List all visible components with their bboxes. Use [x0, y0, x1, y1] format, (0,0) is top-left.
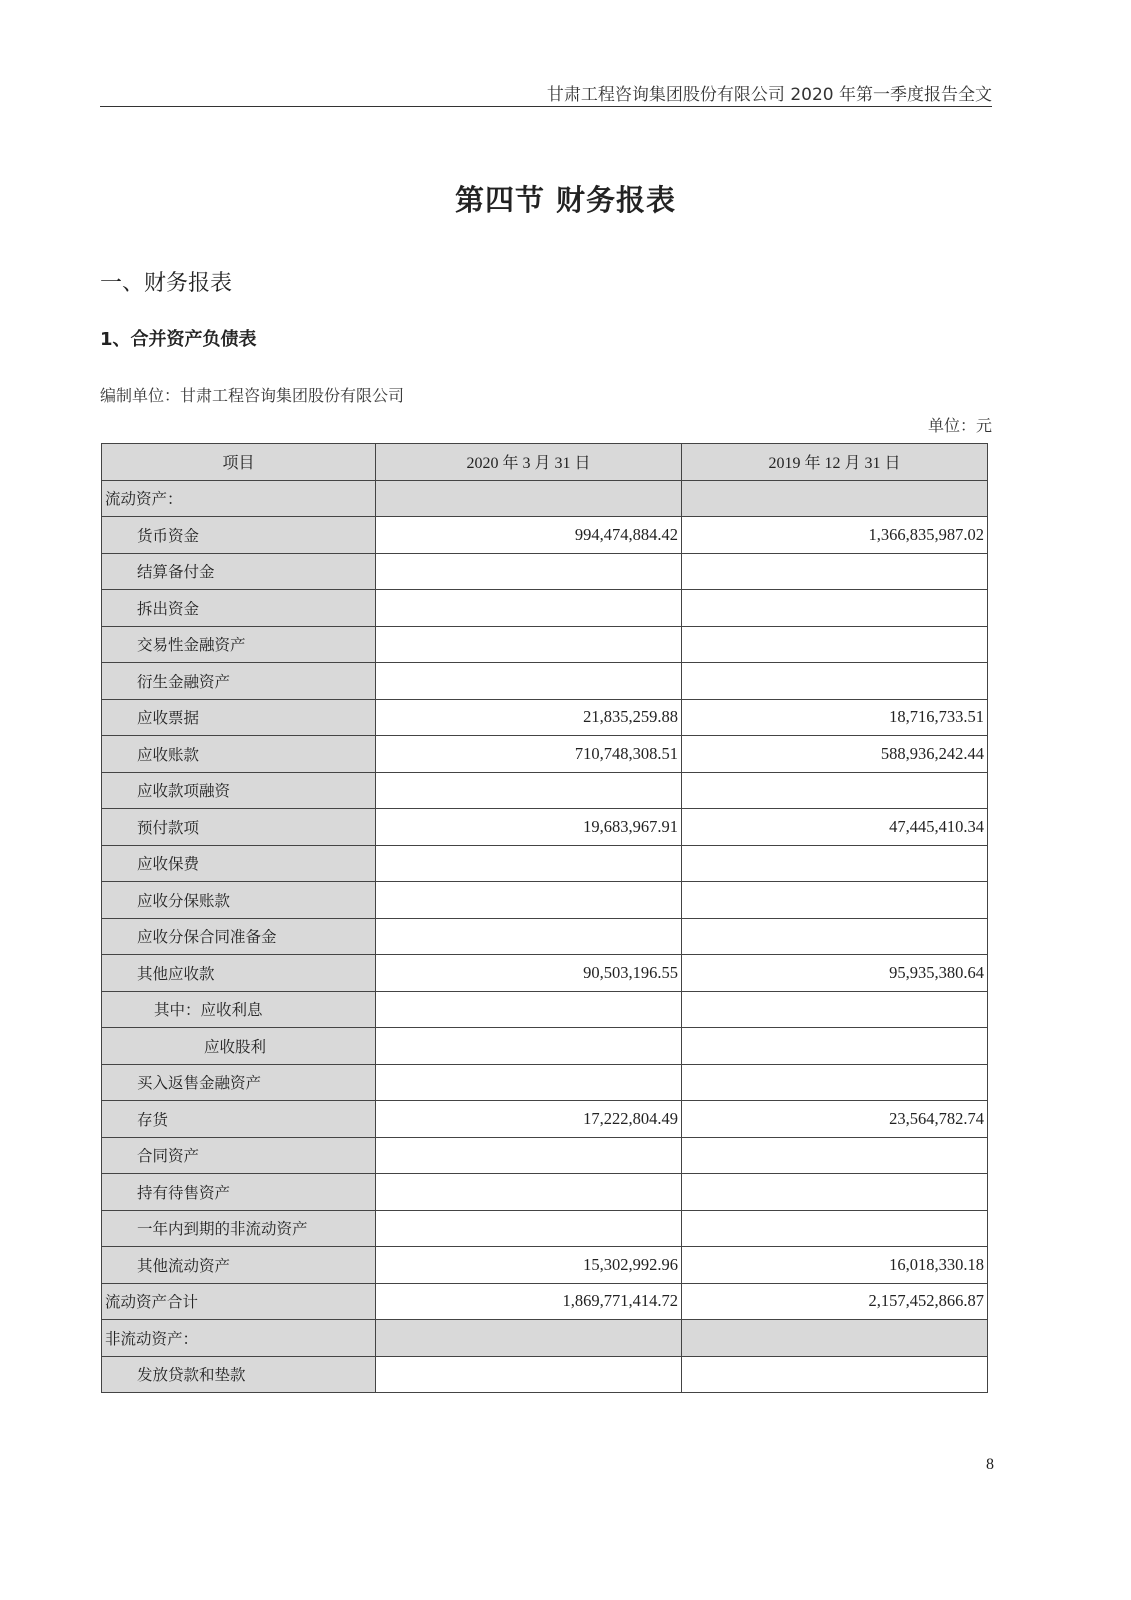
value-2019-12-31: [682, 772, 988, 809]
row-label: 其他流动资产: [102, 1247, 376, 1284]
row-label: 应收分保合同准备金: [102, 918, 376, 955]
table-row: 其他流动资产15,302,992.9616,018,330.18: [102, 1247, 988, 1284]
value-2019-12-31: 588,936,242.44: [682, 736, 988, 773]
table-row: 拆出资金: [102, 590, 988, 627]
balance-sheet-body: 流动资产：货币资金994,474,884.421,366,835,987.02结…: [102, 480, 988, 1393]
page-number: 8: [986, 1456, 994, 1474]
column-header-2019-12-31: 2019 年 12 月 31 日: [682, 444, 988, 481]
value-2019-12-31: 1,366,835,987.02: [682, 517, 988, 554]
row-label: 应收账款: [102, 736, 376, 773]
value-2019-12-31: [682, 845, 988, 882]
currency-unit: 单位：元: [928, 413, 992, 436]
row-label: 流动资产：: [102, 480, 376, 517]
value-2019-12-31: [682, 1137, 988, 1174]
value-2020-03-31: 19,683,967.91: [376, 809, 682, 846]
value-2020-03-31: [376, 882, 682, 919]
value-2020-03-31: [376, 772, 682, 809]
table-row: 合同资产: [102, 1137, 988, 1174]
value-2020-03-31: [376, 1210, 682, 1247]
value-2020-03-31: [376, 663, 682, 700]
column-header-2020-03-31: 2020 年 3 月 31 日: [376, 444, 682, 481]
value-2020-03-31: [376, 1320, 682, 1357]
row-label: 其他应收款: [102, 955, 376, 992]
value-2019-12-31: [682, 1356, 988, 1393]
table-row: 应收款项融资: [102, 772, 988, 809]
running-header: 甘肃工程咨询集团股份有限公司 2020 年第一季度报告全文: [100, 80, 992, 105]
row-label: 流动资产合计: [102, 1283, 376, 1320]
value-2020-03-31: [376, 918, 682, 955]
row-label: 应收股利: [102, 1028, 376, 1065]
table-row: 衍生金融资产: [102, 663, 988, 700]
header-divider: [100, 106, 992, 107]
row-label: 买入返售金融资产: [102, 1064, 376, 1101]
row-label: 其中：应收利息: [102, 991, 376, 1028]
value-2019-12-31: [682, 918, 988, 955]
value-2020-03-31: [376, 480, 682, 517]
row-label: 持有待售资产: [102, 1174, 376, 1211]
compiling-entity: 编制单位：甘肃工程咨询集团股份有限公司: [100, 383, 404, 406]
table-row: 应收票据21,835,259.8818,716,733.51: [102, 699, 988, 736]
row-label: 结算备付金: [102, 553, 376, 590]
row-label: 发放贷款和垫款: [102, 1356, 376, 1393]
table-header-row: 项目 2020 年 3 月 31 日 2019 年 12 月 31 日: [102, 444, 988, 481]
table-row: 一年内到期的非流动资产: [102, 1210, 988, 1247]
value-2019-12-31: 23,564,782.74: [682, 1101, 988, 1138]
value-2020-03-31: [376, 991, 682, 1028]
section-title: 第四节 财务报表: [0, 178, 1131, 219]
value-2020-03-31: [376, 1356, 682, 1393]
value-2019-12-31: [682, 1210, 988, 1247]
balance-sheet-table: 项目 2020 年 3 月 31 日 2019 年 12 月 31 日 流动资产…: [101, 443, 988, 1393]
heading-financial-statements: 一、财务报表: [100, 266, 232, 297]
value-2020-03-31: [376, 1137, 682, 1174]
table-row: 结算备付金: [102, 553, 988, 590]
table-section-row: 非流动资产：: [102, 1320, 988, 1357]
row-label: 合同资产: [102, 1137, 376, 1174]
value-2019-12-31: 16,018,330.18: [682, 1247, 988, 1284]
value-2019-12-31: 95,935,380.64: [682, 955, 988, 992]
column-header-item: 项目: [102, 444, 376, 481]
value-2020-03-31: [376, 626, 682, 663]
value-2019-12-31: [682, 1174, 988, 1211]
value-2020-03-31: 1,869,771,414.72: [376, 1283, 682, 1320]
value-2020-03-31: 90,503,196.55: [376, 955, 682, 992]
value-2020-03-31: [376, 553, 682, 590]
value-2019-12-31: 18,716,733.51: [682, 699, 988, 736]
table-row: 预付款项19,683,967.9147,445,410.34: [102, 809, 988, 846]
row-label: 应收票据: [102, 699, 376, 736]
table-row: 存货17,222,804.4923,564,782.74: [102, 1101, 988, 1138]
value-2020-03-31: [376, 845, 682, 882]
row-label: 交易性金融资产: [102, 626, 376, 663]
value-2020-03-31: 710,748,308.51: [376, 736, 682, 773]
table-row: 交易性金融资产: [102, 626, 988, 663]
value-2019-12-31: 47,445,410.34: [682, 809, 988, 846]
table-section-row: 流动资产：: [102, 480, 988, 517]
table-row: 其中：应收利息: [102, 991, 988, 1028]
value-2020-03-31: [376, 1028, 682, 1065]
table-row: 应收分保账款: [102, 882, 988, 919]
row-label: 非流动资产：: [102, 1320, 376, 1357]
value-2020-03-31: 17,222,804.49: [376, 1101, 682, 1138]
table-row: 应收保费: [102, 845, 988, 882]
table-row: 买入返售金融资产: [102, 1064, 988, 1101]
value-2019-12-31: [682, 1064, 988, 1101]
value-2019-12-31: [682, 1028, 988, 1065]
value-2020-03-31: [376, 1064, 682, 1101]
value-2019-12-31: [682, 991, 988, 1028]
row-label: 预付款项: [102, 809, 376, 846]
row-label: 货币资金: [102, 517, 376, 554]
table-row: 其他应收款90,503,196.5595,935,380.64: [102, 955, 988, 992]
row-label: 一年内到期的非流动资产: [102, 1210, 376, 1247]
row-label: 存货: [102, 1101, 376, 1138]
row-label: 拆出资金: [102, 590, 376, 627]
table-row: 发放贷款和垫款: [102, 1356, 988, 1393]
table-row: 持有待售资产: [102, 1174, 988, 1211]
table-row: 货币资金994,474,884.421,366,835,987.02: [102, 517, 988, 554]
row-label: 应收款项融资: [102, 772, 376, 809]
value-2020-03-31: [376, 1174, 682, 1211]
value-2019-12-31: [682, 663, 988, 700]
heading-consolidated-balance-sheet: 1、合并资产负债表: [100, 325, 257, 351]
value-2019-12-31: [682, 626, 988, 663]
value-2020-03-31: 15,302,992.96: [376, 1247, 682, 1284]
table-row: 流动资产合计1,869,771,414.722,157,452,866.87: [102, 1283, 988, 1320]
value-2019-12-31: [682, 590, 988, 627]
value-2020-03-31: [376, 590, 682, 627]
row-label: 应收分保账款: [102, 882, 376, 919]
value-2019-12-31: [682, 480, 988, 517]
row-label: 衍生金融资产: [102, 663, 376, 700]
table-row: 应收账款710,748,308.51588,936,242.44: [102, 736, 988, 773]
value-2020-03-31: 21,835,259.88: [376, 699, 682, 736]
row-label: 应收保费: [102, 845, 376, 882]
table-row: 应收分保合同准备金: [102, 918, 988, 955]
value-2019-12-31: 2,157,452,866.87: [682, 1283, 988, 1320]
value-2020-03-31: 994,474,884.42: [376, 517, 682, 554]
table-row: 应收股利: [102, 1028, 988, 1065]
value-2019-12-31: [682, 882, 988, 919]
value-2019-12-31: [682, 1320, 988, 1357]
value-2019-12-31: [682, 553, 988, 590]
